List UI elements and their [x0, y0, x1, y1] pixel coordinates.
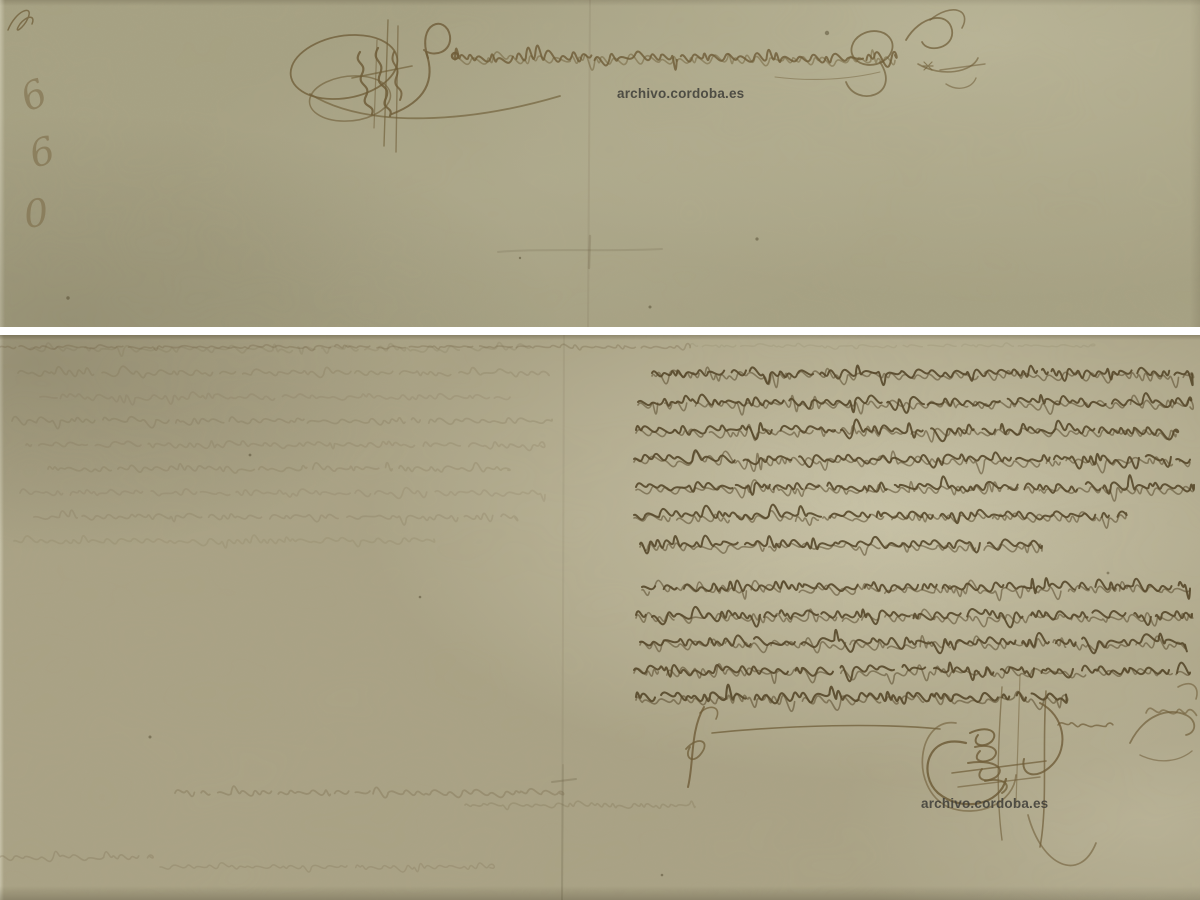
- paper-grain-top: [0, 0, 1200, 327]
- ink-speck: [66, 296, 69, 299]
- watermark-top: archivo.cordoba.es: [617, 86, 744, 101]
- handwriting-layer-top: 660: [0, 0, 1200, 327]
- ink-speck: [755, 237, 758, 240]
- crease-line: [562, 765, 563, 900]
- handwriting-layer-bottom: [0, 335, 1200, 900]
- crease-line: [589, 236, 590, 268]
- manuscript-photo-collage: 660 archivo.cordoba.es archivo.cordoba.e…: [0, 0, 1200, 900]
- manuscript-top-panel: 660 archivo.cordoba.es: [0, 0, 1200, 327]
- ink-speck: [149, 736, 152, 739]
- ink-speck: [419, 596, 422, 599]
- ink-speck: [519, 257, 521, 259]
- ink-speck: [661, 874, 664, 877]
- ink-speck: [1107, 572, 1110, 575]
- manuscript-bottom-panel: archivo.cordoba.es: [0, 335, 1200, 900]
- ink-speck: [649, 306, 652, 309]
- ink-speck: [825, 31, 829, 35]
- watermark-bottom: archivo.cordoba.es: [921, 796, 1048, 811]
- ink-speck: [249, 454, 252, 457]
